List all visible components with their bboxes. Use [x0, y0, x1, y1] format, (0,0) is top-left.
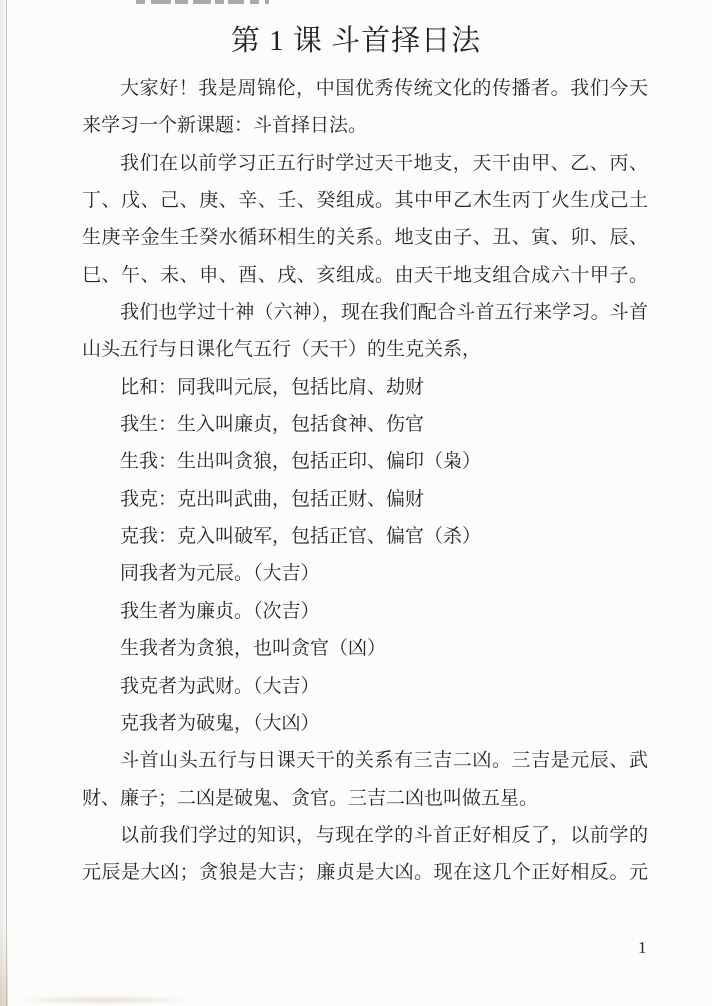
text-line: 我克者为武财。（大吉）	[82, 668, 648, 705]
text-line: 生庚辛金生壬癸水循环相生的关系。地支由子、丑、寅、卯、辰、	[82, 219, 648, 256]
text-line: 比和：同我叫元辰，包括比肩、劫财	[82, 369, 648, 406]
text-line: 元辰是大凶；贪狼是大吉；廉贞是大凶。现在这几个正好相反。元	[82, 854, 648, 891]
text-line: 生我者为贪狼，也叫贪官（凶）	[82, 630, 648, 667]
scan-smudge	[12, 995, 194, 1005]
artifact-dash	[136, 0, 145, 4]
text-line: 我生：生入叫廉贞，包括食神、伤官	[82, 406, 648, 443]
text-line: 我们在以前学习正五行时学过天干地支，天干由甲、乙、丙、	[82, 145, 648, 182]
artifact-dash	[151, 0, 171, 4]
artifact-dash	[228, 0, 244, 4]
text-line: 斗首山头五行与日课天干的关系有三吉二凶。三吉是元辰、武	[82, 742, 648, 779]
text-line: 来学习一个新课题：斗首择日法。	[82, 107, 648, 144]
text-line: 以前我们学过的知识，与现在学的斗首正好相反了，以前学的	[82, 817, 648, 854]
text-line: 克我：克入叫破军，包括正官、偏官（杀）	[82, 518, 648, 555]
text-line: 山头五行与日课化气五行（天干）的生克关系，	[82, 331, 648, 368]
artifact-dash	[175, 0, 188, 4]
text-line: 我们也学过十神（六神），现在我们配合斗首五行来学习。斗首	[82, 294, 648, 331]
artifact-dash	[265, 0, 269, 4]
scan-artifact-marks	[0, 0, 712, 8]
page-number: 1	[638, 936, 647, 960]
text-line: 克我者为破鬼，（大凶）	[82, 705, 648, 742]
artifact-dash	[250, 0, 259, 4]
text-line: 丁、戊、己、庚、辛、壬、癸组成。其中甲乙木生丙丁火生戊己土	[82, 182, 648, 219]
page-title: 第 1 课 斗首择日法	[0, 20, 712, 62]
text-line: 巳、午、未、申、酉、戌、亥组成。由天干地支组合成六十甲子。	[82, 257, 648, 294]
document-body: 大家好！我是周锦伦，中国优秀传统文化的传播者。我们今天 来学习一个新课题：斗首择…	[82, 70, 648, 892]
text-line: 我生者为廉贞。（次吉）	[82, 593, 648, 630]
artifact-dash	[215, 0, 224, 4]
text-line: 我克：克出叫武曲，包括正财、偏财	[82, 481, 648, 518]
text-line: 同我者为元辰。（大吉）	[82, 555, 648, 592]
page-edge-line	[6, 0, 7, 1006]
text-line: 财、廉子；二凶是破鬼、贪官。三吉二凶也叫做五星。	[82, 780, 648, 817]
scanned-document-page: 第 1 课 斗首择日法 大家好！我是周锦伦，中国优秀传统文化的传播者。我们今天 …	[0, 0, 712, 1006]
text-line: 大家好！我是周锦伦，中国优秀传统文化的传播者。我们今天	[82, 70, 648, 107]
artifact-dash	[193, 0, 211, 4]
text-line: 生我：生出叫贪狼，包括正印、偏印（枭）	[82, 443, 648, 480]
page-edge-tint	[0, 930, 8, 1006]
